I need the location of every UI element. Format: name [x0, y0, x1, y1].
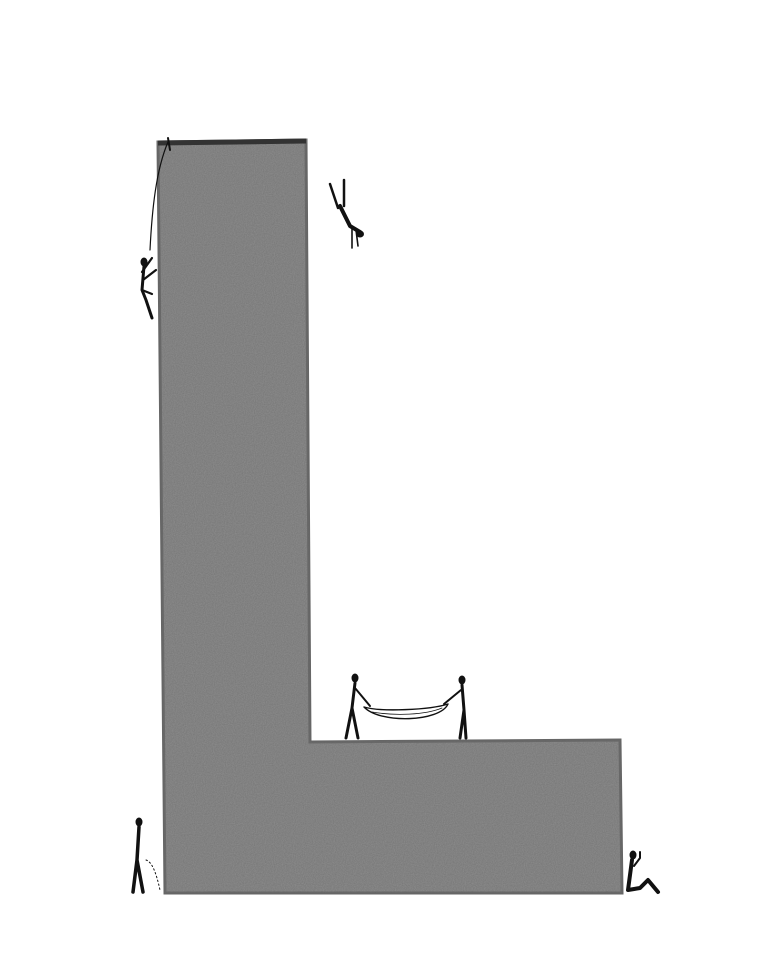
letter-l: [158, 140, 622, 893]
letter-l-illustration: [0, 0, 777, 979]
net-carriers: [346, 674, 466, 738]
standing-person: [133, 818, 160, 892]
sitting-person: [628, 851, 658, 892]
diver-figure: [330, 180, 364, 248]
